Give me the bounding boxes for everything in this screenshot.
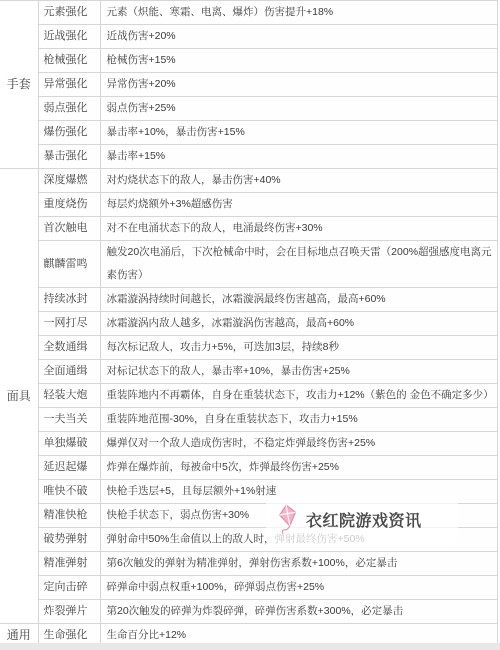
skill-desc-cell: 异常伤害+20% (100, 73, 497, 97)
table-row: 一网打尽冰霜漩涡内敌人越多，冰霜漩涡伤害越高，最高+60% (0, 312, 497, 336)
skill-name-cell: 弱点强化 (38, 97, 100, 121)
skill-name-cell: 精准弹射 (38, 552, 100, 576)
skill-table-page: 手套元素强化元素（炽能、寒霜、电离、爆炸）伤害提升+18%近战强化近战伤害+20… (0, 0, 500, 650)
table-row: 近战强化近战伤害+20% (0, 25, 497, 49)
skill-name-cell: 单独爆破 (38, 432, 100, 456)
table-row: 爆伤强化暴击率+10%，暴击伤害+15% (0, 121, 497, 145)
table-row: 单独爆破爆弹仅对一个敌人造成伤害时，不稳定炸弹最终伤害+25% (0, 432, 497, 456)
skill-desc-cell: 枪械伤害+15% (100, 49, 497, 73)
category-cell: 面具 (0, 169, 38, 624)
table-row: 异常强化异常伤害+20% (0, 73, 497, 97)
table-row: 首次触电对不在电涌状态下的敌人，电涌最终伤害+30% (0, 217, 497, 241)
skill-name-cell: 近战强化 (38, 25, 100, 49)
skill-name-cell: 枪械强化 (38, 49, 100, 73)
table-row: 枪械强化枪械伤害+15% (0, 49, 497, 73)
table-row: 炸裂弹片第20次触发的碎弹为炸裂碎弹，碎弹伤害系数+300%，必定暴击 (0, 600, 497, 624)
table-row: 定向击碎碎弹命中弱点权重+100%，碎弹弱点伤害+25% (0, 576, 497, 600)
skill-desc-cell: 暴击率+10%，暴击伤害+15% (100, 121, 497, 145)
skill-name-cell: 唯快不破 (38, 480, 100, 504)
skill-name-cell: 破势弹射 (38, 528, 100, 552)
skill-name-cell: 深度爆燃 (38, 169, 100, 193)
skill-name-cell: 延迟起爆 (38, 456, 100, 480)
skill-name-cell: 全面通缉 (38, 360, 100, 384)
skill-desc-cell: 每层灼烧额外+3%超感伤害 (100, 193, 497, 217)
skill-name-cell: 麒麟雷鸣 (38, 241, 100, 288)
skill-desc-cell: 对标记状态下的敌人，暴击率+10%，暴击伤害+25% (100, 360, 497, 384)
table-row: 暴击强化暴击率+15% (0, 145, 497, 169)
skill-name-cell: 首次触电 (38, 217, 100, 241)
skill-name-cell: 轻装大炮 (38, 384, 100, 408)
table-row: 面具深度爆燃对灼烧状态下的敌人，暴击伤害+40% (0, 169, 497, 193)
skill-name-cell: 炸裂弹片 (38, 600, 100, 624)
skill-desc-cell: 对不在电涌状态下的敌人，电涌最终伤害+30% (100, 217, 497, 241)
skill-desc-cell: 碎弹命中弱点权重+100%，碎弹弱点伤害+25% (100, 576, 497, 600)
table-row: 全数通缉每次标记敌人，攻击力+5%，可迭加3层，持续8秒 (0, 336, 497, 360)
table-row: 持续冰封冰霜漩涡持续时间越长，冰霜漩涡最终伤害越高，最高+60% (0, 288, 497, 312)
skill-name-cell: 一夫当关 (38, 408, 100, 432)
table-row: 全面通缉对标记状态下的敌人，暴击率+10%，暴击伤害+25% (0, 360, 497, 384)
skill-desc-cell: 快枪手状态下，弱点伤害+30% (100, 504, 497, 528)
skill-table: 手套元素强化元素（炽能、寒霜、电离、爆炸）伤害提升+18%近战强化近战伤害+20… (0, 0, 498, 648)
skill-name-cell: 暴击强化 (38, 145, 100, 169)
skill-desc-cell: 第20次触发的碎弹为炸裂碎弹，碎弹伤害系数+300%，必定暴击 (100, 600, 497, 624)
table-row: 延迟起爆炸弹在爆炸前，每被命中5次，炸弹最终伤害+25% (0, 456, 497, 480)
skill-desc-cell: 弱点伤害+25% (100, 97, 497, 121)
table-row: 麒麟雷鸣触发20次电涌后，下次枪械命中时，会在目标地点召唤天雷（200%超强感度… (0, 241, 497, 288)
skill-name-cell: 元素强化 (38, 1, 100, 25)
skill-desc-cell: 重装阵地内不再霸体，自身在重装状态下，攻击力+12%（紫色的 金色不确定多少） (100, 384, 497, 408)
table-row: 轻装大炮重装阵地内不再霸体，自身在重装状态下，攻击力+12%（紫色的 金色不确定… (0, 384, 497, 408)
table-row: 弱点强化弱点伤害+25% (0, 97, 497, 121)
skill-desc-cell: 第6次触发的弹射为精准弹射，弹射伤害系数+100%，必定暴击 (100, 552, 497, 576)
table-row: 重度烧伤每层灼烧额外+3%超感伤害 (0, 193, 497, 217)
skill-desc-cell: 炸弹在爆炸前，每被命中5次，炸弹最终伤害+25% (100, 456, 497, 480)
table-row: 唯快不破快枪手迭层+5，且每层额外+1%射速 (0, 480, 497, 504)
table-row: 一夫当关重装阵地范围-30%，自身在重装状态下，攻击力+15% (0, 408, 497, 432)
skill-name-cell: 一网打尽 (38, 312, 100, 336)
skill-desc-cell: 触发20次电涌后，下次枪械命中时，会在目标地点召唤天雷（200%超强感度电离元素… (100, 241, 497, 288)
table-row: 精准快枪快枪手状态下，弱点伤害+30% (0, 504, 497, 528)
skill-name-cell: 爆伤强化 (38, 121, 100, 145)
skill-desc-cell: 冰霜漩涡内敌人越多，冰霜漩涡伤害越高，最高+60% (100, 312, 497, 336)
skill-desc-cell: 暴击率+15% (100, 145, 497, 169)
skill-desc-cell: 冰霜漩涡持续时间越长，冰霜漩涡最终伤害越高，最高+60% (100, 288, 497, 312)
skill-desc-cell: 快枪手迭层+5，且每层额外+1%射速 (100, 480, 497, 504)
skill-name-cell: 精准快枪 (38, 504, 100, 528)
skill-name-cell: 异常强化 (38, 73, 100, 97)
skill-name-cell: 定向击碎 (38, 576, 100, 600)
table-row: 手套元素强化元素（炽能、寒霜、电离、爆炸）伤害提升+18% (0, 1, 497, 25)
skill-desc-cell: 对灼烧状态下的敌人，暴击伤害+40% (100, 169, 497, 193)
table-row: 精准弹射第6次触发的弹射为精准弹射，弹射伤害系数+100%，必定暴击 (0, 552, 497, 576)
skill-desc-cell: 元素（炽能、寒霜、电离、爆炸）伤害提升+18% (100, 1, 497, 25)
skill-name-cell: 持续冰封 (38, 288, 100, 312)
skill-desc-cell: 弹射命中50%生命值以上的敌人时，弹射最终伤害+50% (100, 528, 497, 552)
skill-name-cell: 全数通缉 (38, 336, 100, 360)
footer-strip (0, 643, 500, 650)
skill-desc-cell: 近战伤害+20% (100, 25, 497, 49)
skill-desc-cell: 重装阵地范围-30%，自身在重装状态下，攻击力+15% (100, 408, 497, 432)
table-row: 破势弹射弹射命中50%生命值以上的敌人时，弹射最终伤害+50% (0, 528, 497, 552)
skill-name-cell: 重度烧伤 (38, 193, 100, 217)
skill-desc-cell: 每次标记敌人，攻击力+5%，可迭加3层，持续8秒 (100, 336, 497, 360)
category-cell: 手套 (0, 1, 38, 169)
skill-desc-cell: 爆弹仅对一个敌人造成伤害时，不稳定炸弹最终伤害+25% (100, 432, 497, 456)
